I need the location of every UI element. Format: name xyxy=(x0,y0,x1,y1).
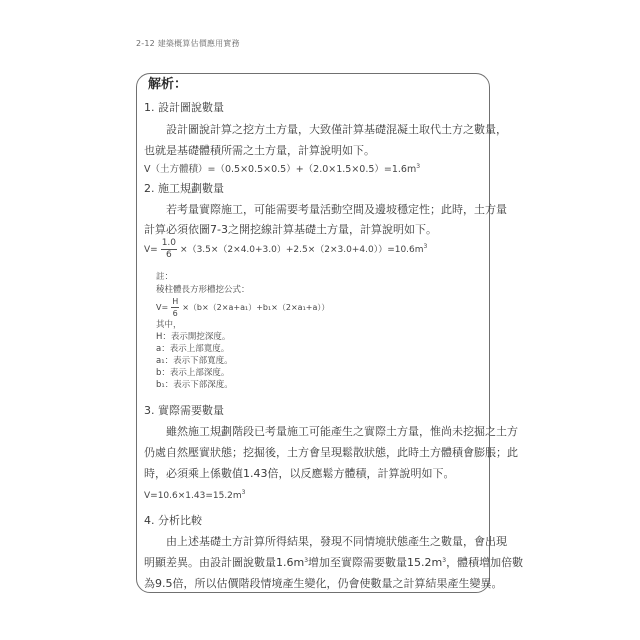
note-label: 註： xyxy=(156,272,173,283)
section1-formula: V（土方體積）=（0.5×0.5×0.5）+（2.0×1.5×0.5）=1.6m… xyxy=(144,164,420,175)
section3-para-line2: 仍處自然壓實狀態；挖掘後，土方會呈現鬆散狀態，此時土方體積會膨脹；此 xyxy=(144,446,518,459)
note-where: 其中， xyxy=(156,320,182,331)
fraction: H6 xyxy=(171,296,179,319)
section1-para-line2: 也就是基礎體積所需之土方量，計算說明如下。 xyxy=(144,144,375,157)
note-def-a1: a₁：表示下部寬度。 xyxy=(156,356,233,367)
section3-para-line1: 雖然施工規劃階段已考量施工可能產生之實際土方量，惟尚未挖掘之土方 xyxy=(166,425,518,438)
section1-heading: 1. 設計圖說數量 xyxy=(144,101,224,114)
note-formula: V=H6×（b×（2×a+a₁）+b₁×（2×a₁+a）） xyxy=(156,296,329,319)
section3-formula: V=10.6×1.43=15.2m3 xyxy=(144,491,246,502)
note-def-a: a：表示上部寬度。 xyxy=(156,344,229,355)
section2-para-line2: 計算必須依圖7-3之開挖線計算基礎土方量，計算說明如下。 xyxy=(144,223,437,236)
fraction: 1.06 xyxy=(161,238,177,261)
section2-heading: 2. 施工規劃數量 xyxy=(144,182,224,195)
section2-formula: V=1.06×（3.5×（2×4.0+3.0）+2.5×（2×3.0+4.0））… xyxy=(144,238,427,261)
section4-para-line2: 明顯差異。由設計圖說數量1.6m3增加至實際需要數量15.2m3，體積增加倍數 xyxy=(144,556,523,569)
running-head: 2-12 建築概算估價應用實務 xyxy=(136,38,240,49)
section4-para-line3: 為9.5倍，所以估價階段情境產生變化，仍會使數量之計算結果產生變異。 xyxy=(144,577,503,590)
analysis-title: 解析： xyxy=(148,78,187,91)
note-formula-title: 稜柱體長方形槽挖公式： xyxy=(156,285,250,296)
section4-para-line1: 由上述基礎土方計算所得結果，發現不同情境狀態產生之數量，會出現 xyxy=(166,535,507,548)
section3-heading: 3. 實際需要數量 xyxy=(144,404,224,417)
section3-para-line3: 時，必須乘上係數值1.43倍，以反應鬆方體積，計算說明如下。 xyxy=(144,467,455,480)
note-def-b: b：表示上部深度。 xyxy=(156,368,229,379)
section2-para-line1: 若考量實際施工，可能需要考量活動空間及邊坡穩定性；此時，土方量 xyxy=(166,203,507,216)
note-def-b1: b₁：表示下部深度。 xyxy=(156,380,233,391)
note-def-h: H：表示開挖深度。 xyxy=(156,332,230,343)
section4-heading: 4. 分析比較 xyxy=(144,514,202,527)
section1-para-line1: 設計圖說計算之挖方土方量，大致僅計算基礎混凝土取代土方之數量， xyxy=(166,123,507,136)
